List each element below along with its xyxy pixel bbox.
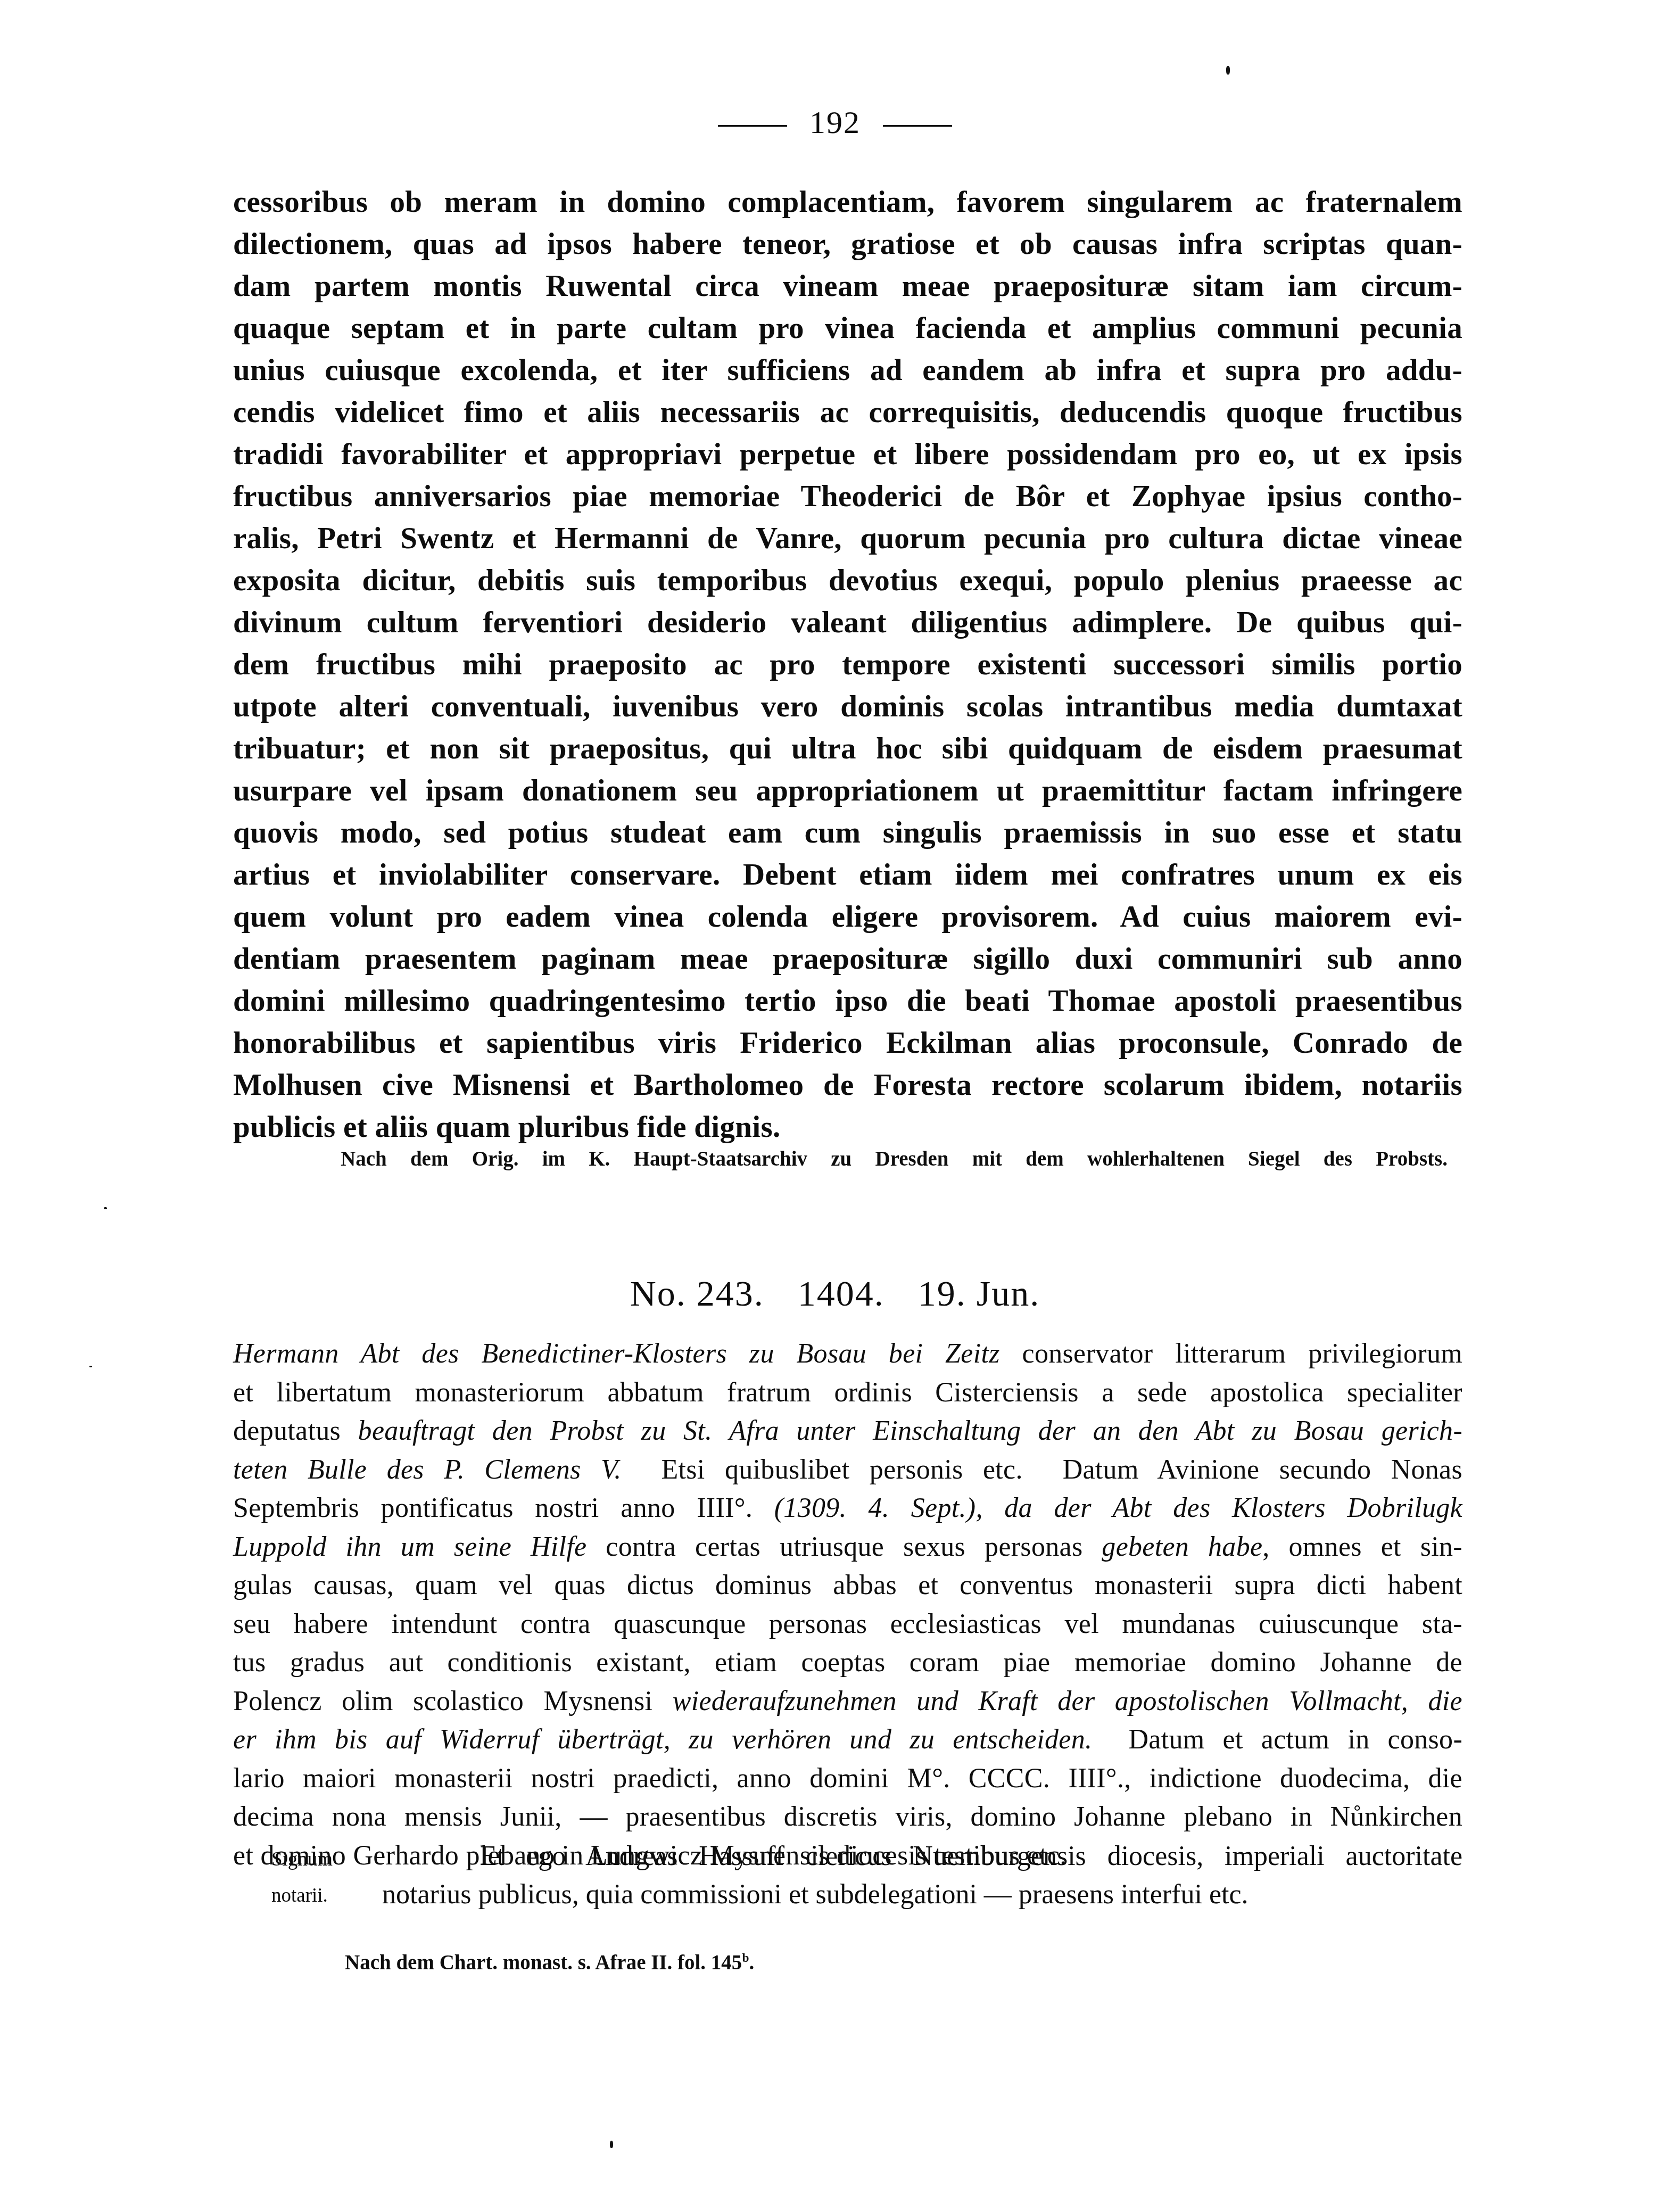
text-line: deputatus beauftragt den Probst zu St. A… [233, 1412, 1462, 1451]
text-line: teten Bulle des P. Clemens V. Etsi quibu… [233, 1451, 1462, 1490]
roman-run: contra certas utriusque sexus personas [586, 1532, 1102, 1562]
roman-run: gulas causas, quam vel quas dictus domin… [233, 1570, 1462, 1600]
document-heading: No. 243. 1404. 19. Jun. [0, 1269, 1670, 1317]
regest-text: Hermann Abt des Benedictiner-Klosters zu… [233, 1335, 1462, 1875]
page-number-dash-left [718, 125, 787, 127]
italic-run: Luppold ihn um seine Hilfe [233, 1532, 586, 1562]
folio-side-superscript: b [742, 1951, 749, 1965]
text-line: quaque septam et in parte cultam pro vin… [233, 307, 1462, 349]
page-number: 192 [0, 101, 1670, 144]
scan-speck [104, 1207, 107, 1209]
text-line: quovis modo, sed potius studeat eam cum … [233, 812, 1462, 854]
text-line: tus gradus aut conditionis existant, eti… [233, 1644, 1462, 1682]
italic-run: Hermann Abt des Benedictiner-Klosters zu… [233, 1339, 1000, 1369]
text-line: lario maiori monasterii nostri praedicti… [233, 1760, 1462, 1798]
text-line: dilectionem, quas ad ipsos habere teneor… [233, 223, 1462, 265]
text-line: Polencz olim scolastico Mysnensi wiedera… [233, 1682, 1462, 1721]
roman-run: tus gradus aut conditionis existant, eti… [233, 1647, 1462, 1678]
page-number-dash-right [883, 125, 952, 127]
document-year: 1404. [798, 1273, 884, 1314]
notary-attestation-line2: notarius publicus, quia commissioni et s… [382, 1876, 1249, 1914]
roman-run: Datum et actum in conso- [1092, 1724, 1462, 1755]
notary-attestation-line1: Et ego Andreas Hassuff clericus Nuemburg… [480, 1837, 1462, 1876]
roman-run: deputatus [233, 1416, 358, 1446]
charter-text-continued: cessoribus ob meram in domino complacent… [233, 181, 1462, 1148]
italic-run: beauftragt den Probst zu St. Afra unter … [358, 1416, 1462, 1446]
roman-run: lario maiori monasterii nostri praedicti… [233, 1763, 1462, 1794]
text-line: gulas causas, quam vel quas dictus domin… [233, 1566, 1462, 1605]
italic-run: teten Bulle des P. Clemens V. [233, 1455, 622, 1485]
text-line: er ihm bis auf Widerruf überträgt, zu ve… [233, 1721, 1462, 1760]
text-line: publicis et aliis quam pluribus fide dig… [233, 1106, 1462, 1148]
text-line: cendis videlicet fimo et aliis necessari… [233, 391, 1462, 433]
roman-run: , omnes et sin- [1262, 1532, 1462, 1562]
source-note-chartular: Nach dem Chart. monast. s. Afrae II. fol… [345, 1948, 754, 1978]
scan-speck [89, 1366, 92, 1367]
signum-label: Signum [271, 1840, 333, 1879]
source-note-text: Nach dem Chart. monast. s. Afrae II. fol… [345, 1951, 742, 1974]
text-line: Septembris pontificatus nostri anno IIII… [233, 1489, 1462, 1528]
text-line: tribuatur; et non sit praepositus, qui u… [233, 728, 1462, 770]
text-line: cessoribus ob meram in domino complacent… [233, 181, 1462, 223]
roman-run: Etsi quibuslibet personis etc. Datum Avi… [622, 1455, 1462, 1485]
text-line: dentiam praesentem paginam meae praeposi… [233, 938, 1462, 980]
text-line: exposita dicitur, debitis suis temporibu… [233, 559, 1462, 601]
text-line: dam partem montis Ruwental circa vineam … [233, 265, 1462, 307]
text-line: domini millesimo quadringentesimo tertio… [233, 980, 1462, 1022]
notarii-label: notarii. [271, 1877, 328, 1915]
source-note-original: Nach dem Orig. im K. Haupt-Staatsarchiv … [341, 1144, 1448, 1174]
text-line: honorabilibus et sapientibus viris Fride… [233, 1022, 1462, 1064]
document-date: 19. Jun. [918, 1273, 1040, 1314]
text-line: divinum cultum ferventiori desiderio val… [233, 601, 1462, 643]
roman-run: conservator litterarum privilegiorum [1000, 1339, 1462, 1369]
text-line: ralis, Petri Swentz et Hermanni de Vanre… [233, 517, 1462, 559]
text-line: quem volunt pro eadem vinea colenda elig… [233, 896, 1462, 938]
text-line: usurpare vel ipsam donationem seu approp… [233, 770, 1462, 812]
text-line: et libertatum monasteriorum abbatum frat… [233, 1374, 1462, 1413]
document-number: No. 243. [630, 1273, 764, 1314]
roman-run: et libertatum monasteriorum abbatum frat… [233, 1377, 1462, 1408]
text-line: fructibus anniversarios piae memoriae Th… [233, 475, 1462, 517]
roman-run: decima nona mensis Junii, — praesentibus… [233, 1802, 1462, 1832]
scan-speck [610, 2141, 613, 2148]
italic-run: gebeten habe [1102, 1532, 1262, 1562]
italic-run: (1309. 4. Sept.), da der Abt des Kloster… [774, 1493, 1462, 1523]
text-line: unius cuiusque excolenda, et iter suffic… [233, 349, 1462, 391]
text-line: decima nona mensis Junii, — praesentibus… [233, 1798, 1462, 1837]
document-page: 192 cessoribus ob meram in domino compla… [0, 0, 1670, 2212]
roman-run: Polencz olim scolastico Mysnensi [233, 1686, 673, 1716]
source-note-period: . [749, 1951, 754, 1974]
text-line: seu habere intendunt contra quascunque p… [233, 1605, 1462, 1644]
text-line: dem fructibus mihi praeposito ac pro tem… [233, 643, 1462, 686]
italic-run: er ihm bis auf Widerruf überträgt, zu ve… [233, 1724, 1092, 1755]
page-number-text: 192 [809, 105, 861, 140]
roman-run: seu habere intendunt contra quascunque p… [233, 1609, 1462, 1639]
text-line: Molhusen cive Misnensi et Bartholomeo de… [233, 1064, 1462, 1106]
italic-run: wiederaufzunehmen und Kraft der apostoli… [673, 1686, 1462, 1716]
scan-speck [1226, 66, 1230, 75]
text-line: Luppold ihn um seine Hilfe contra certas… [233, 1528, 1462, 1567]
text-line: utpote alteri conventuali, iuvenibus ver… [233, 686, 1462, 728]
text-line: Hermann Abt des Benedictiner-Klosters zu… [233, 1335, 1462, 1374]
roman-run: Septembris pontificatus nostri anno IIII… [233, 1493, 774, 1523]
text-line: tradidi favorabiliter et appropriavi per… [233, 433, 1462, 475]
text-line: artius et inviolabiliter conservare. Deb… [233, 854, 1462, 896]
